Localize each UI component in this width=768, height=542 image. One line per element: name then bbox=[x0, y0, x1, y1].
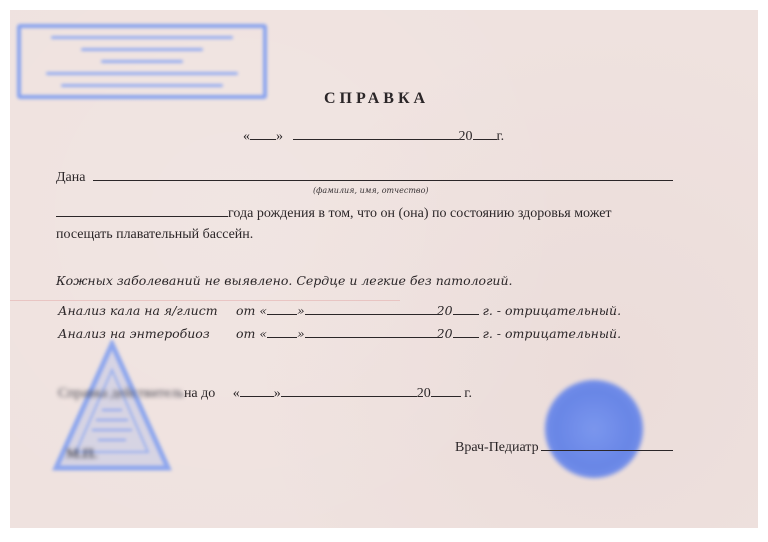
name-caption: (фамилия, имя, отчество) bbox=[313, 186, 429, 195]
test-month-blank[interactable] bbox=[305, 325, 437, 338]
purpose-text: посещать плавательный бассейн. bbox=[56, 227, 253, 243]
test-year-blank[interactable] bbox=[453, 325, 479, 338]
test-row: Анализ кала на я/глистот «»20 г. - отриц… bbox=[58, 302, 621, 318]
open-quote: « bbox=[243, 129, 250, 144]
test-name: Анализ кала на я/глист bbox=[58, 303, 236, 318]
doctor-signature-line: Врач-Педиатр bbox=[455, 438, 673, 456]
validity-year-suffix: г. bbox=[464, 386, 472, 401]
validity-day-blank[interactable] bbox=[240, 384, 274, 397]
issued-to-line: Дана bbox=[56, 168, 673, 186]
doctor-label: Врач-Педиатр bbox=[455, 440, 539, 455]
test-row: Анализ на энтеробиозот «»20 г. - отрицат… bbox=[58, 325, 621, 341]
date-line: «» 20г. bbox=[243, 127, 504, 145]
test-close-quote: » bbox=[297, 326, 305, 341]
seal-place-label: М.П. bbox=[66, 447, 97, 463]
open-quote: « bbox=[233, 386, 240, 401]
day-blank[interactable] bbox=[250, 127, 276, 140]
faint-red-line bbox=[10, 300, 400, 301]
test-close-quote: » bbox=[297, 303, 305, 318]
month-blank[interactable] bbox=[293, 127, 459, 140]
test-day-blank[interactable] bbox=[267, 302, 297, 315]
validity-year-blank[interactable] bbox=[431, 384, 461, 397]
test-result: г. - отрицательный. bbox=[483, 326, 622, 341]
test-name: Анализ на энтеробиоз bbox=[58, 326, 236, 341]
test-month-blank[interactable] bbox=[305, 302, 437, 315]
signature-blank[interactable] bbox=[541, 438, 673, 451]
close-quote: » bbox=[276, 129, 283, 144]
validity-line: Справка действительна до «»20 г. bbox=[58, 384, 472, 402]
test-from-label: от « bbox=[236, 326, 267, 341]
document-title: СПРАВКА bbox=[324, 90, 429, 108]
issued-to-label: Дана bbox=[56, 170, 85, 185]
clinic-stamp-icon bbox=[17, 24, 267, 99]
round-seal-icon bbox=[545, 380, 643, 478]
findings-text: Кожных заболеваний не выявлено. Сердце и… bbox=[56, 273, 512, 288]
test-day-blank[interactable] bbox=[267, 325, 297, 338]
validity-label-redacted: Справка действитель bbox=[58, 386, 184, 401]
close-quote: » bbox=[274, 386, 281, 401]
validity-year-prefix: 20 bbox=[417, 386, 431, 401]
validity-label: на до bbox=[184, 386, 215, 401]
test-from-label: от « bbox=[236, 303, 267, 318]
birth-line-text: года рождения в том, что он (она) по сос… bbox=[228, 206, 612, 221]
birth-line: года рождения в том, что он (она) по сос… bbox=[56, 204, 612, 222]
test-year-prefix: 20 bbox=[437, 326, 453, 341]
test-year-blank[interactable] bbox=[453, 302, 479, 315]
year-blank[interactable] bbox=[473, 127, 497, 140]
full-name-blank[interactable] bbox=[93, 168, 673, 181]
year-suffix: г. bbox=[497, 129, 505, 144]
test-year-prefix: 20 bbox=[437, 303, 453, 318]
birth-year-blank[interactable] bbox=[56, 204, 228, 217]
test-result: г. - отрицательный. bbox=[483, 303, 622, 318]
year-prefix: 20 bbox=[459, 129, 473, 144]
validity-month-blank[interactable] bbox=[281, 384, 417, 397]
